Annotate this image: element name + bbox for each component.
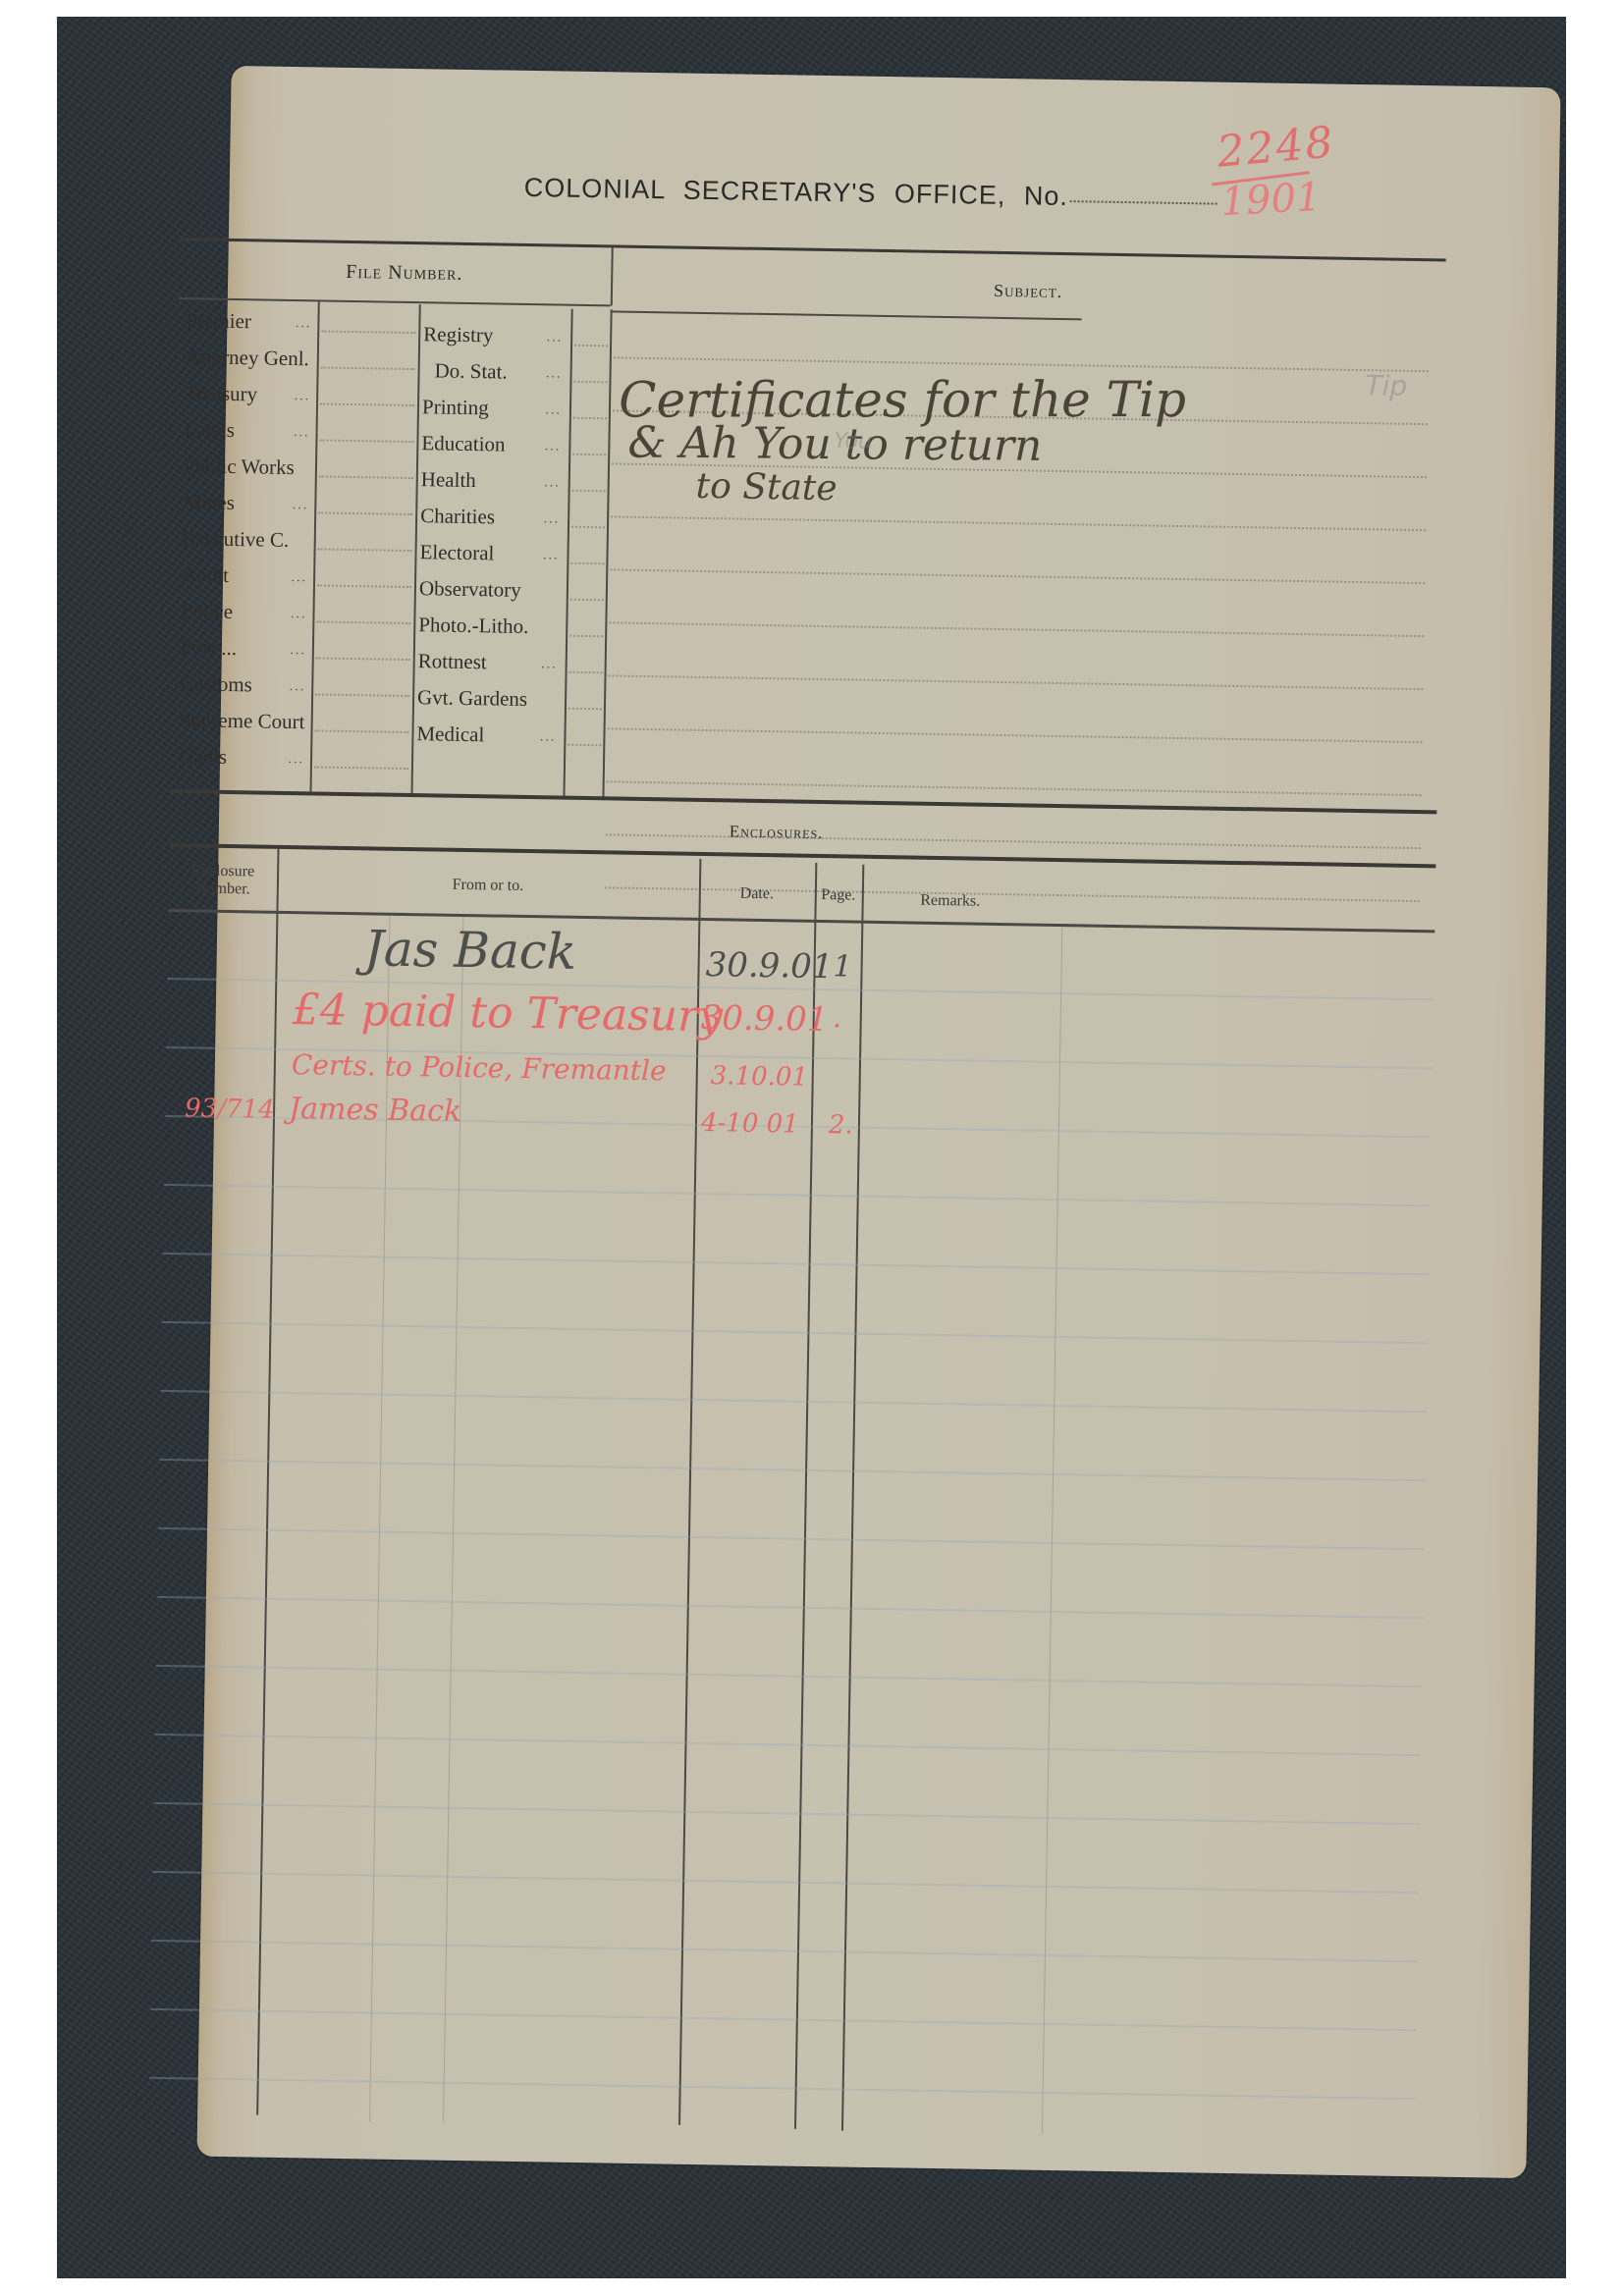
dept-label: Printing: [422, 395, 489, 419]
row-date: 4-10 01: [701, 1108, 799, 1140]
dept-label: Police: [181, 599, 233, 623]
document-page: COLONIAL SECRETARY'S OFFICE, No. 2248 19…: [196, 66, 1560, 2178]
file-number-field[interactable]: [568, 744, 601, 747]
col-header-date: Date.: [699, 884, 815, 904]
row-page: .: [832, 1000, 841, 1035]
registry-number: 2248: [1216, 117, 1337, 177]
ruled-line: [156, 1665, 1423, 1687]
subject-rule: [611, 310, 1082, 320]
dept-label: Observatory: [419, 576, 521, 602]
ruled-line: [151, 1940, 1418, 1962]
dept-leader: ...: [541, 657, 558, 672]
section-divider: [611, 246, 614, 305]
dept-row: Medical...: [416, 721, 561, 760]
row-from-or-to: £4 paid to Treasury: [292, 985, 723, 1041]
file-number-field[interactable]: [318, 511, 412, 515]
dept-leader: ...: [546, 366, 563, 382]
dept-label: Audit: [182, 562, 229, 587]
dept-row: Gaols...: [179, 744, 311, 782]
left-department-list: Premier... Attorney Genl. Treasury... La…: [179, 308, 318, 782]
file-number-field[interactable]: [569, 671, 603, 674]
file-number-field[interactable]: [317, 584, 411, 588]
subject-line: [608, 674, 1423, 690]
dept-row: Executive C.: [182, 526, 314, 564]
ruled-line: [164, 1184, 1431, 1206]
dept-leader: ...: [290, 643, 306, 659]
dept-label: Post ...: [181, 635, 238, 660]
ruled-line: [152, 1871, 1419, 1894]
dept-row: Printing...: [422, 395, 567, 433]
dept-row: Health...: [420, 467, 565, 506]
left-file-number-fields: [313, 330, 415, 804]
dept-leader: ...: [295, 389, 311, 404]
row-page: 1: [833, 949, 852, 984]
file-number-field[interactable]: [572, 454, 606, 456]
file-number-field[interactable]: [318, 548, 412, 552]
ruled-line: [155, 1734, 1422, 1756]
dept-row: Charities...: [420, 504, 565, 542]
row-from-or-to: James Back: [289, 1092, 462, 1129]
file-number-field[interactable]: [570, 599, 604, 602]
dept-label: Treasury: [185, 381, 257, 405]
office-title-text: COLONIAL SECRETARY'S OFFICE, No.: [523, 173, 1068, 211]
row-date: 3.10.01: [711, 1061, 809, 1093]
row-from-or-to: Certs. to Police, Fremantle: [292, 1048, 667, 1087]
col-header-enclosure-number: Enclosure Number.: [169, 862, 278, 899]
dept-label: Lands: [184, 417, 235, 442]
dept-row: Photo.-Litho.: [418, 613, 563, 651]
subject-line: [608, 727, 1423, 743]
ruled-line: [159, 1459, 1426, 1481]
dept-row: Mines...: [183, 490, 315, 528]
dept-leader: ...: [543, 511, 560, 527]
dept-leader: ...: [291, 607, 307, 622]
ruled-line: [157, 1596, 1424, 1619]
ruled-line: [153, 1802, 1420, 1825]
dept-row: Lands...: [184, 417, 316, 455]
dept-row: Public Works: [184, 454, 316, 492]
dept-leader: ...: [288, 752, 304, 768]
dept-label: Gaols: [179, 744, 227, 769]
dept-label: Supreme Court: [179, 708, 304, 733]
col-header-page: Page.: [815, 886, 862, 905]
dept-label: Gvt. Gardens: [417, 685, 527, 711]
dept-label: Health: [421, 467, 476, 492]
subject-line: [609, 621, 1424, 637]
file-number-field[interactable]: [574, 345, 608, 347]
dept-row: Observatory: [419, 576, 564, 614]
subject-handwriting-line-3: to State: [695, 466, 838, 508]
dept-row: Gvt. Gardens: [417, 685, 562, 723]
file-number-field[interactable]: [316, 620, 410, 624]
file-number-field[interactable]: [319, 439, 413, 443]
dept-row: Do. Stat....: [422, 358, 567, 397]
pencil-note-you: You: [834, 429, 872, 454]
dept-leader: ...: [540, 729, 557, 745]
file-number-field[interactable]: [573, 417, 607, 420]
page-title: COLONIAL SECRETARY'S OFFICE, No.: [523, 173, 1217, 215]
dept-row: Education...: [421, 431, 566, 469]
file-number-field[interactable]: [319, 475, 413, 479]
file-number-field[interactable]: [572, 490, 606, 493]
dept-leader: ...: [543, 548, 560, 563]
number-dotted-line: [1070, 200, 1217, 204]
file-number-field[interactable]: [570, 562, 604, 565]
dept-leader: ...: [291, 570, 307, 586]
dept-label: Public Works: [184, 454, 295, 479]
dept-label: Customs: [180, 671, 252, 696]
col-header-remarks: Remarks.: [862, 891, 1039, 912]
file-number-field[interactable]: [568, 708, 602, 711]
subject-line: [611, 515, 1426, 531]
dept-leader: ...: [294, 425, 310, 441]
dept-row: Supreme Court: [179, 708, 311, 746]
dept-label: Executive C.: [183, 526, 290, 552]
dept-leader: ...: [293, 498, 309, 513]
dept-row: Police...: [181, 599, 313, 637]
file-number-field[interactable]: [573, 381, 607, 384]
enclosures-heading: Enclosures.: [730, 822, 824, 843]
file-number-rule: [179, 297, 611, 306]
dept-label: Medical: [416, 721, 484, 746]
enclosure-ruled-lines: [148, 978, 1434, 2166]
dept-row: Registry...: [423, 322, 568, 360]
subject-line: [607, 780, 1422, 796]
row-date: 30.9.01: [700, 998, 828, 1040]
file-number-field[interactable]: [320, 402, 414, 406]
dept-leader: ...: [547, 330, 564, 346]
subject-line: [606, 833, 1421, 849]
dept-label: Rottnest: [418, 649, 487, 673]
file-number-field[interactable]: [321, 330, 415, 334]
dept-label: Mines: [183, 490, 235, 514]
dept-label: Attorney Genl.: [186, 345, 309, 370]
row-date: 30.9.01: [705, 945, 833, 987]
dept-label: Charities: [420, 504, 495, 528]
ruled-line: [160, 1390, 1427, 1413]
dept-label: Premier: [186, 308, 251, 333]
subject-line: [610, 568, 1425, 584]
dept-row: Post ......: [181, 635, 313, 673]
dept-label: Education: [421, 431, 506, 455]
registry-year: 1901: [1219, 175, 1322, 225]
file-number-field[interactable]: [316, 657, 410, 661]
dept-label: Registry: [423, 322, 494, 347]
ruled-line: [158, 1527, 1425, 1550]
dept-row: Rottnest...: [417, 649, 562, 687]
file-number-field[interactable]: [315, 729, 409, 733]
dept-leader: ...: [545, 439, 562, 454]
file-number-field[interactable]: [314, 766, 408, 770]
dept-row: Electoral...: [419, 540, 564, 578]
dept-label: Photo.-Litho.: [418, 613, 528, 638]
dept-row: Attorney Genl.: [185, 345, 317, 383]
file-number-field[interactable]: [569, 635, 603, 638]
file-number-field[interactable]: [321, 366, 415, 370]
dept-leader: ...: [290, 679, 306, 695]
row-page: 2.: [829, 1110, 853, 1140]
file-number-heading: File Number.: [346, 261, 462, 286]
dept-leader: ...: [544, 475, 561, 491]
dept-label: Do. Stat.: [422, 358, 507, 383]
subject-heading: Subject.: [994, 281, 1063, 302]
row-from-or-to: Jas Back: [363, 920, 576, 981]
ruled-line: [162, 1321, 1429, 1344]
ruled-line: [149, 2077, 1416, 2100]
pencil-note-tip: Tip: [1365, 369, 1407, 402]
file-number-field[interactable]: [315, 693, 409, 697]
dept-row: Treasury...: [185, 381, 317, 419]
dept-leader: ...: [545, 402, 562, 418]
ruled-line: [150, 2008, 1417, 2031]
dept-row: Audit...: [182, 562, 314, 601]
row-enclosure-number: 93/714: [185, 1094, 275, 1125]
file-number-field[interactable]: [571, 526, 605, 529]
subject-line: [614, 356, 1429, 372]
dept-leader: ...: [296, 316, 312, 332]
right-department-list: Registry... Do. Stat.... Printing... Edu…: [416, 322, 567, 760]
dept-label: Electoral: [419, 540, 494, 564]
ruled-line: [163, 1253, 1430, 1275]
dept-row: Customs...: [180, 671, 312, 710]
right-file-number-fields: [568, 345, 608, 781]
dept-row: Premier...: [186, 308, 318, 347]
